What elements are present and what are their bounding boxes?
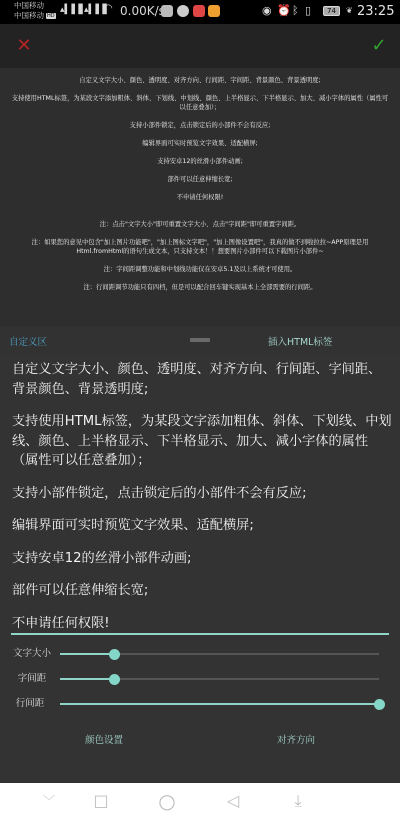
network-speed: 0.00K/s [120,4,165,18]
back-triangle-icon[interactable]: ◁ [223,791,243,811]
signal-icon-1: ▴▍▌▋ [60,5,85,15]
preview-note: 注：点击"文字大小"即可重置文字大小、点击"字间距"即可重置字间距。 [0,220,400,229]
editor-paragraph: 编辑界面可实时预览文字效果、适配横屏; [12,516,392,536]
recents-square-icon[interactable]: □ [91,791,111,811]
letter-spacing-label[interactable]: 字间距 [4,669,60,689]
weibo-app-icon [208,5,220,17]
widget-preview: 自定义文字大小、颜色、透明度、对齐方向、行间距、字间距、背景颜色、背景透明度; … [0,68,400,326]
editor-paragraph: 支持使用HTML标签，为某段文字添加粗体、斜体、下划线、中划线、颜色、上半格显示… [12,412,392,471]
editor-underline [11,633,389,635]
font-size-slider[interactable] [60,653,379,655]
preview-line: 支持小部件锁定，点击锁定后的小部件不会有反应; [0,121,400,130]
ca-app-icon [177,5,189,17]
slider-fill [60,678,114,680]
letter-spacing-slider-row: 字间距 [0,669,400,689]
system-nav-bar: ﹀ □ ○ ◁ ⤓ [0,783,400,822]
preview-line: 编辑界面可实时预览文字效果、适配横屏; [0,139,400,148]
alarm-icon: ⏰ [277,4,291,17]
text-editor[interactable]: 自定义文字大小、颜色、透明度、对齐方向、行间距、字间距、背景颜色、背景透明度; … [12,360,392,646]
battery-indicator: 74 [323,6,340,16]
eye-icon: ◉ [262,4,272,17]
drag-handle[interactable] [190,338,210,342]
preview-line: 支持使用HTML标签，为某段文字添加粗体、斜体、下划线、中划线、颜色、上半格显示… [10,94,390,112]
preview-note: 注：行间距调节功能只有四档，但是可以配合回车键实现基本上全部需要的行间距。 [0,283,400,292]
preview-note: 注：如果您的意见中包含"加上图片功能吧"，"加上图标文字吧"，"加上图像设置吧"… [15,238,385,256]
color-settings-button[interactable]: 颜色设置 [85,732,123,746]
line-spacing-label[interactable]: 行间距 [2,694,58,714]
confirm-icon[interactable]: ✓ [368,36,390,56]
line-spacing-slider[interactable] [60,703,379,705]
editor-paragraph: 支持安卓12的丝滑小部件动画; [12,549,392,569]
notification-pull-icon[interactable]: ⤓ [288,791,308,811]
preview-note: 注：字间距调整功能和中划线功能仅在安卓5.1及以上系统才可使用。 [0,265,400,274]
mail-app-icon [161,5,173,17]
slider-fill [60,653,114,655]
editor-paragraph: 支持小部件锁定，点击锁定后的小部件不会有反应; [12,484,392,504]
tab-bar: 自定义区 插入HTML标签 [0,326,400,354]
line-spacing-slider-row: 行间距 [0,694,400,714]
vibrate-icon: ▯ [305,4,311,17]
app-notification-icon [193,5,205,17]
slider-thumb[interactable] [109,649,120,660]
carrier-1: 中国移动 [14,1,56,11]
editor-paragraph: 不申请任何权限! [12,614,392,634]
chevron-down-icon[interactable]: ﹀ [39,791,59,811]
bluetooth-icon: ᛒ [292,4,299,17]
top-action-bar: ✕ ✓ [0,24,400,68]
editor-paragraph: 部件可以任意伸缩长宽; [12,581,392,601]
slider-thumb[interactable] [374,699,385,710]
close-icon[interactable]: ✕ [14,36,34,56]
hd-badge: HD [46,13,56,19]
alignment-button[interactable]: 对齐方向 [277,732,315,746]
home-circle-icon[interactable]: ○ [157,791,177,811]
preview-line: 支持安卓12的丝滑小部件动画; [0,157,400,166]
wifi-icon: ◠ [104,3,113,14]
editor-paragraph: 自定义文字大小、颜色、透明度、对齐方向、行间距、字间距、背景颜色、背景透明度; [12,360,392,399]
font-size-slider-row: 文字大小 [0,644,400,664]
preview-line: 不申请任何权限! [0,193,400,202]
status-bar: 中国移动 中国移动HD ▴▍▌▋ ▴▍▌▋ ◠ 0.00K/s ◉ ⏰ ᛒ ▯ … [0,0,400,24]
leaf-icon: ❦ [346,6,353,15]
letter-spacing-slider[interactable] [60,678,379,680]
clock: 23:25 [357,4,394,19]
preview-line: 部件可以任意伸缩长宽; [0,175,400,184]
carrier-info: 中国移动 中国移动HD [14,1,56,21]
font-size-label[interactable]: 文字大小 [4,644,60,664]
tab-insert-html[interactable]: 插入HTML标签 [268,334,332,348]
slider-thumb[interactable] [109,674,120,685]
carrier-2: 中国移动 [14,11,44,20]
slider-fill [60,703,379,705]
preview-line: 自定义文字大小、颜色、透明度、对齐方向、行间距、字间距、背景颜色、背景透明度; [50,76,350,85]
tab-custom-area[interactable]: 自定义区 [9,334,47,348]
